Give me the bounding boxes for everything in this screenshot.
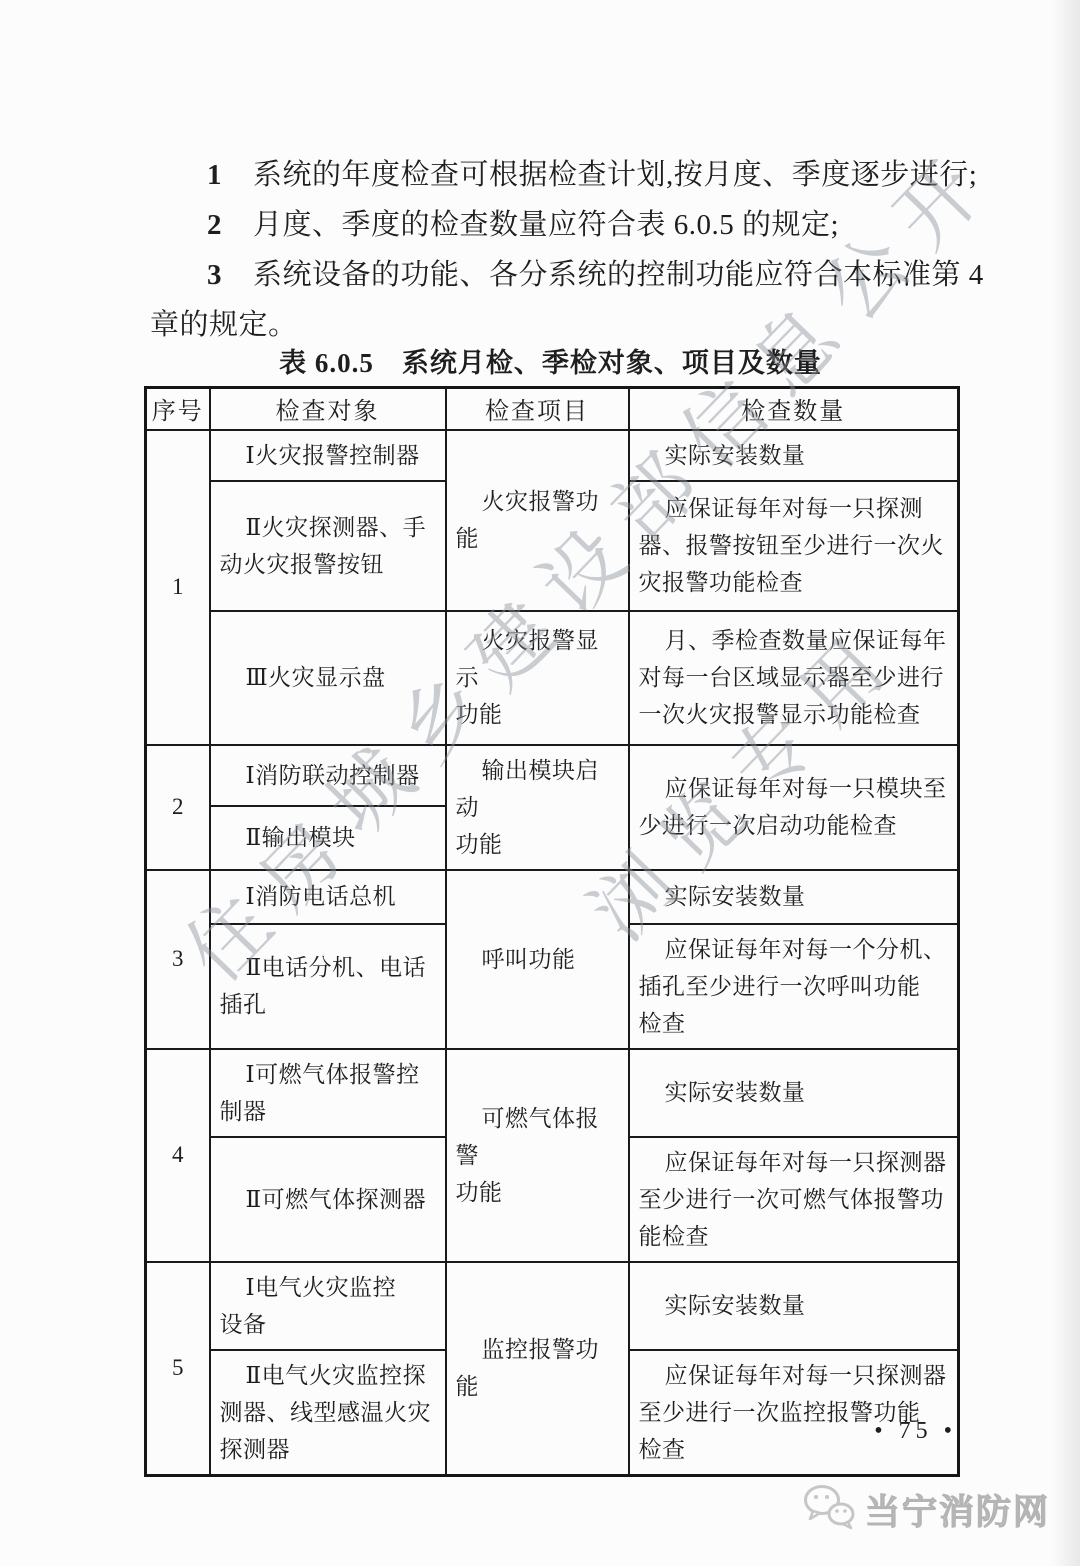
site-logo: 当宁消防网 (801, 1483, 1050, 1536)
clause-number: 1 (207, 159, 222, 191)
cell-object: Ⅲ火灾显示盘 (210, 611, 446, 745)
header-serial: 序号 (146, 388, 210, 430)
cell-quantity: 实际安装数量 (629, 870, 959, 924)
cell-item: 火灾报警显示 功能 (446, 611, 629, 745)
table-row: 1 Ⅰ火灾报警控制器 火灾报警功能 实际安装数量 (146, 430, 959, 481)
scan-edge-shading (1050, 0, 1080, 1566)
table-row: 5 Ⅰ电气火灾监控 设备 监控报警功能 实际安装数量 (146, 1262, 959, 1350)
cell-quantity: 应保证每年对每一只探测器 至少进行一次监控报警功能 检查 (629, 1350, 959, 1476)
clause-3: 3系统设备的功能、各分系统的控制功能应符合本标准第 4 章的规定。 (150, 250, 998, 350)
logo-text: 当宁消防网 (865, 1485, 1050, 1535)
clause-text: 月度、季度的检查数量应符合表 6.0.5 的规定; (253, 209, 839, 241)
cell-item: 输出模块启动 功能 (446, 745, 629, 870)
cell-quantity: 实际安装数量 (629, 1049, 959, 1137)
header-object: 检查对象 (210, 388, 446, 430)
cell-quantity: 应保证每年对每一只探测 器、报警按钮至少进行一次火 灾报警功能检查 (629, 481, 959, 611)
cell-item: 可燃气体报警 功能 (446, 1049, 629, 1262)
header-item: 检查项目 (446, 388, 629, 430)
cell-item: 火灾报警功能 (446, 430, 629, 611)
clause-number: 2 (207, 209, 222, 241)
clause-number: 3 (207, 259, 222, 291)
clause-text: 系统设备的功能、各分系统的控制功能应符合本标准第 4 章的规定。 (150, 259, 984, 341)
clause-2: 2月度、季度的检查数量应符合表 6.0.5 的规定; (150, 200, 998, 250)
cell-object: Ⅱ电气火灾监控探 测器、线型感温火灾 探测器 (210, 1350, 446, 1476)
wechat-icon (801, 1483, 857, 1536)
cell-quantity: 应保证每年对每一只模块至 少进行一次启动功能检查 (629, 745, 959, 870)
cell-object: Ⅰ消防联动控制器 (210, 745, 446, 807)
table-header-row: 序号 检查对象 检查项目 检查数量 (146, 388, 959, 430)
table-title: 表 6.0.5 系统月检、季检对象、项目及数量 (144, 341, 957, 380)
cell-object: Ⅱ电话分机、电话 插孔 (210, 924, 446, 1049)
cell-serial-3: 3 (146, 870, 210, 1049)
cell-item: 呼叫功能 (446, 870, 629, 1049)
header-quantity: 检查数量 (629, 388, 959, 430)
cell-quantity: 应保证每年对每一个分机、 插孔至少进行一次呼叫功能 检查 (629, 924, 959, 1049)
cell-serial-2: 2 (146, 745, 210, 870)
cell-quantity: 实际安装数量 (629, 1262, 959, 1350)
cell-object: Ⅱ输出模块 (210, 806, 446, 869)
cell-serial-4: 4 (146, 1049, 210, 1262)
clause-text: 系统的年度检查可根据检查计划,按月度、季度逐步进行; (253, 159, 977, 191)
page-number: • 75 • (144, 1418, 981, 1445)
cell-object: Ⅰ电气火灾监控 设备 (210, 1262, 446, 1350)
table-row: 4 Ⅰ可燃气体报警控 制器 可燃气体报警 功能 实际安装数量 (146, 1049, 959, 1137)
cell-object: Ⅰ火灾报警控制器 (210, 430, 446, 481)
table-row: Ⅲ火灾显示盘 火灾报警显示 功能 月、季检查数量应保证每年 对每一台区域显示器至… (146, 611, 959, 745)
cell-object: Ⅰ可燃气体报警控 制器 (210, 1049, 446, 1137)
body-paragraphs: 1系统的年度检查可根据检查计划,按月度、季度逐步进行; 2月度、季度的检查数量应… (150, 150, 998, 350)
cell-object: Ⅱ火灾探测器、手 动火灾报警按钮 (210, 481, 446, 611)
clause-1: 1系统的年度检查可根据检查计划,按月度、季度逐步进行; (150, 150, 998, 200)
cell-quantity: 月、季检查数量应保证每年 对每一台区域显示器至少进行 一次火灾报警显示功能检查 (629, 611, 959, 745)
inspection-table: 序号 检查对象 检查项目 检查数量 1 Ⅰ火灾报警控制器 火灾报警功能 实际安装… (144, 386, 960, 1477)
cell-object: Ⅱ可燃气体探测器 (210, 1137, 446, 1262)
table-row: 2 Ⅰ消防联动控制器 输出模块启动 功能 应保证每年对每一只模块至 少进行一次启… (146, 745, 959, 807)
cell-quantity: 应保证每年对每一只探测器 至少进行一次可燃气体报警功 能检查 (629, 1137, 959, 1262)
cell-object: Ⅰ消防电话总机 (210, 870, 446, 924)
cell-serial-1: 1 (146, 430, 210, 745)
cell-quantity: 实际安装数量 (629, 430, 959, 481)
document-page: 1系统的年度检查可根据检查计划,按月度、季度逐步进行; 2月度、季度的检查数量应… (0, 0, 1080, 1566)
table-row: 3 Ⅰ消防电话总机 呼叫功能 实际安装数量 (146, 870, 959, 924)
